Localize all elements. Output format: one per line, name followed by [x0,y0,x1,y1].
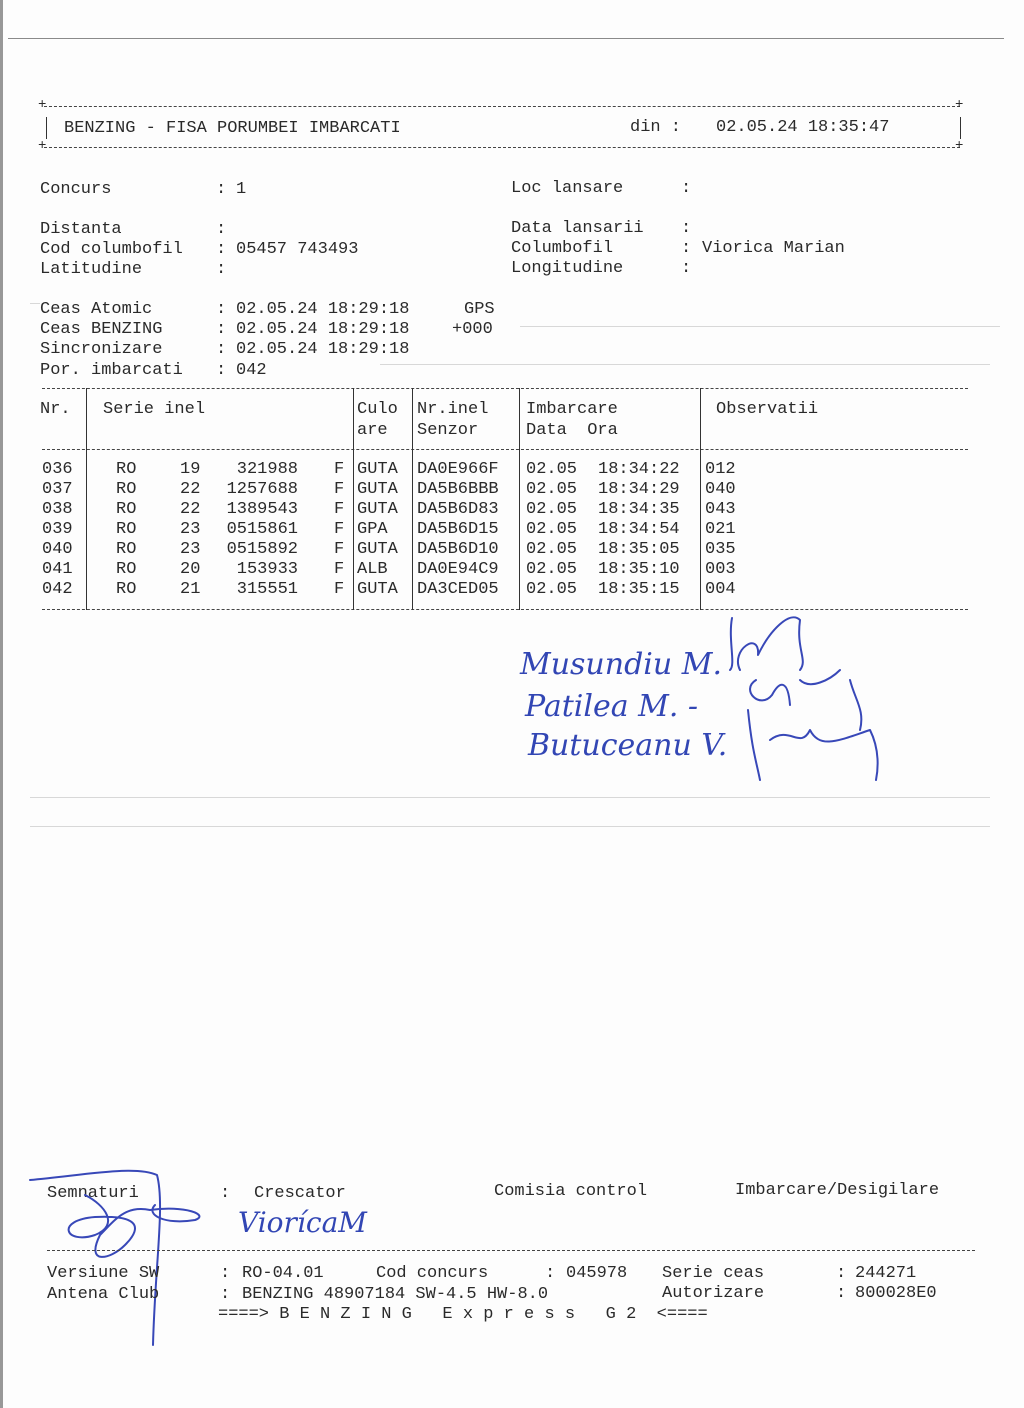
row-ring: 1257688 [214,480,298,500]
row-date: 02.05 [526,540,577,560]
row-year: 21 [180,580,200,600]
colon: : [220,1264,230,1284]
colon: : [216,320,226,340]
cod-concurs-label: Cod concurs [376,1264,488,1284]
columbofil-label: Columbofil [511,239,613,259]
scan-artifact [30,826,990,827]
scan-artifact [520,326,1000,327]
row-nr: 036 [42,460,73,480]
device-banner: ====> B E N Z I N G E x p r e s s G 2 <=… [218,1305,708,1325]
header-left-border [46,117,47,139]
row-sex: F [334,560,344,580]
corner: + [38,141,46,151]
row-date: 02.05 [526,460,577,480]
col-divider [353,388,354,610]
row-sensor: DA5B6BBB [417,480,499,500]
autorizare-label: Autorizare [662,1284,764,1304]
ceas-benzing-label: Ceas BENZING [40,320,162,340]
colon: : [836,1284,846,1304]
row-color: GUTA [357,500,398,520]
row-date: 02.05 [526,560,577,580]
row-time: 18:34:29 [598,480,680,500]
row-obs: 012 [705,460,736,480]
row-country: RO [116,560,136,580]
handwritten-commission-2: Patilea M. - [525,689,698,724]
ceas-benzing-value: 02.05.24 18:29:18 [236,320,409,340]
colon: : [216,340,226,360]
row-sensor: DA3CED05 [417,580,499,600]
scan-edge [0,0,3,1408]
header-serie-inel: Serie inel [103,400,205,420]
latitudine-label: Latitudine [40,260,142,280]
row-sex: F [334,480,344,500]
header-culoare-2: are [357,421,388,441]
versiune-sw-label: Versiune SW [47,1264,159,1284]
colon: : [216,240,226,260]
row-year: 22 [180,500,200,520]
longitudine-label: Longitudine [511,259,623,279]
concurs-label: Concurs [40,180,111,200]
row-sensor: DA5B6D10 [417,540,499,560]
row-nr: 041 [42,560,73,580]
crescator-label: Crescator [254,1184,346,1204]
page-top-rule [8,38,1004,39]
row-country: RO [116,500,136,520]
colon: : [220,1285,230,1305]
row-color: GUTA [357,480,398,500]
row-date: 02.05 [526,500,577,520]
row-nr: 037 [42,480,73,500]
row-year: 19 [180,460,200,480]
row-ring: 315551 [214,580,298,600]
row-sex: F [334,540,344,560]
sincronizare-value: 02.05.24 18:29:18 [236,340,409,360]
colon: : [836,1264,846,1284]
row-time: 18:34:35 [598,500,680,520]
ceas-benzing-suffix: +000 [452,320,493,340]
corner: + [955,141,963,151]
por-imbarcati-label: Por. imbarcati [40,361,183,381]
autorizare-value: 800028E0 [855,1284,937,1304]
colon: : [681,219,691,239]
serie-ceas-value: 244271 [855,1264,916,1284]
print-datetime: 02.05.24 18:35:47 [716,118,889,138]
cod-concurs-value: 045978 [566,1264,627,1284]
cod-columbofil-label: Cod columbofil [40,240,183,260]
row-obs: 035 [705,540,736,560]
row-sensor: DA0E94C9 [417,560,499,580]
colon: : [216,300,226,320]
row-sex: F [334,580,344,600]
breeder-signature-scribble [25,1165,225,1355]
header-bottom-border [44,147,960,148]
header-culoare: Culo [357,400,398,420]
row-date: 02.05 [526,480,577,500]
colon: : [545,1264,555,1284]
table-header-border [42,449,968,450]
header-right-border [960,117,961,139]
row-ring: 0515861 [214,520,298,540]
colon: : [681,239,691,259]
header-nr: Nr. [40,400,71,420]
row-year: 23 [180,520,200,540]
por-imbarcati-value: 042 [236,361,267,381]
row-ring: 321988 [214,460,298,480]
row-date: 02.05 [526,580,577,600]
antena-club-value: BENZING 48907184 SW-4.5 HW-8.0 [242,1285,548,1305]
row-color: GUTA [357,540,398,560]
comisia-control-label: Comisia control [494,1182,647,1202]
row-color: GUTA [357,580,398,600]
row-country: RO [116,580,136,600]
row-sensor: DA5B6D83 [417,500,499,520]
versiune-sw-value: RO-04.01 [242,1264,324,1284]
colon: : [216,220,226,240]
row-obs: 003 [705,560,736,580]
antena-club-label: Antena Club [47,1285,159,1305]
row-country: RO [116,540,136,560]
handwritten-commission-3: Butuceanu V. [528,728,727,763]
colon: : [216,260,226,280]
footer-divider [47,1250,975,1251]
row-ring: 153933 [214,560,298,580]
col-divider [700,388,701,610]
row-country: RO [116,460,136,480]
ceas-atomic-suffix: GPS [464,300,495,320]
scan-artifact [30,303,40,304]
row-obs: 043 [705,500,736,520]
col-divider [412,388,413,610]
header-top-border [44,106,960,107]
document-title: BENZING - FISA PORUMBEI IMBARCATI [64,119,401,139]
row-country: RO [116,480,136,500]
row-ring: 0515892 [214,540,298,560]
row-country: RO [116,520,136,540]
table-top-border [42,388,968,389]
row-year: 23 [180,540,200,560]
row-sensor: DA0E966F [417,460,499,480]
row-year: 22 [180,480,200,500]
breeder-signature: ViorícaM [238,1206,367,1239]
scan-artifact [30,797,990,798]
row-nr: 039 [42,520,73,540]
row-ring: 1389543 [214,500,298,520]
row-year: 20 [180,560,200,580]
row-time: 18:35:15 [598,580,680,600]
data-lansarii-label: Data lansarii [511,219,644,239]
colon: : [681,259,691,279]
din-label: din : [630,118,681,138]
cod-columbofil-value: 05457 743493 [236,240,358,260]
row-color: GUTA [357,460,398,480]
row-obs: 040 [705,480,736,500]
header-imbarcare: Imbarcare [526,400,618,420]
row-sex: F [334,500,344,520]
row-obs: 004 [705,580,736,600]
colon: : [216,180,226,200]
row-color: ALB [357,560,388,580]
corner: + [38,100,46,110]
colon: : [681,179,691,199]
row-nr: 042 [42,580,73,600]
serie-ceas-label: Serie ceas [662,1264,764,1284]
row-obs: 021 [705,520,736,540]
row-nr: 040 [42,540,73,560]
imbarcare-desigilare-label: Imbarcare/Desigilare [735,1181,939,1201]
col-divider [86,388,87,610]
columbofil-value: Viorica Marian [702,239,845,259]
row-sex: F [334,460,344,480]
distanta-label: Distanta [40,220,122,240]
row-date: 02.05 [526,520,577,540]
colon: : [216,361,226,381]
row-time: 18:34:54 [598,520,680,540]
header-data-ora: Data Ora [526,421,618,441]
header-nr-inel: Nr.inel [417,400,488,420]
concurs-value: 1 [236,180,246,200]
row-nr: 038 [42,500,73,520]
scan-artifact [380,364,990,365]
row-color: GPA [357,520,388,540]
sincronizare-label: Sincronizare [40,340,162,360]
corner: + [955,100,963,110]
header-senzor: Senzor [417,421,478,441]
row-time: 18:35:10 [598,560,680,580]
row-time: 18:35:05 [598,540,680,560]
handwritten-commission-1: Musundiu M. [520,647,722,682]
header-observatii: Observatii [716,400,818,420]
row-sensor: DA5B6D15 [417,520,499,540]
ceas-atomic-value: 02.05.24 18:29:18 [236,300,409,320]
ceas-atomic-label: Ceas Atomic [40,300,152,320]
row-sex: F [334,520,344,540]
col-divider [519,388,520,610]
loc-lansare-label: Loc lansare [511,179,623,199]
row-time: 18:34:22 [598,460,680,480]
commission-signature-scribble [700,610,900,790]
